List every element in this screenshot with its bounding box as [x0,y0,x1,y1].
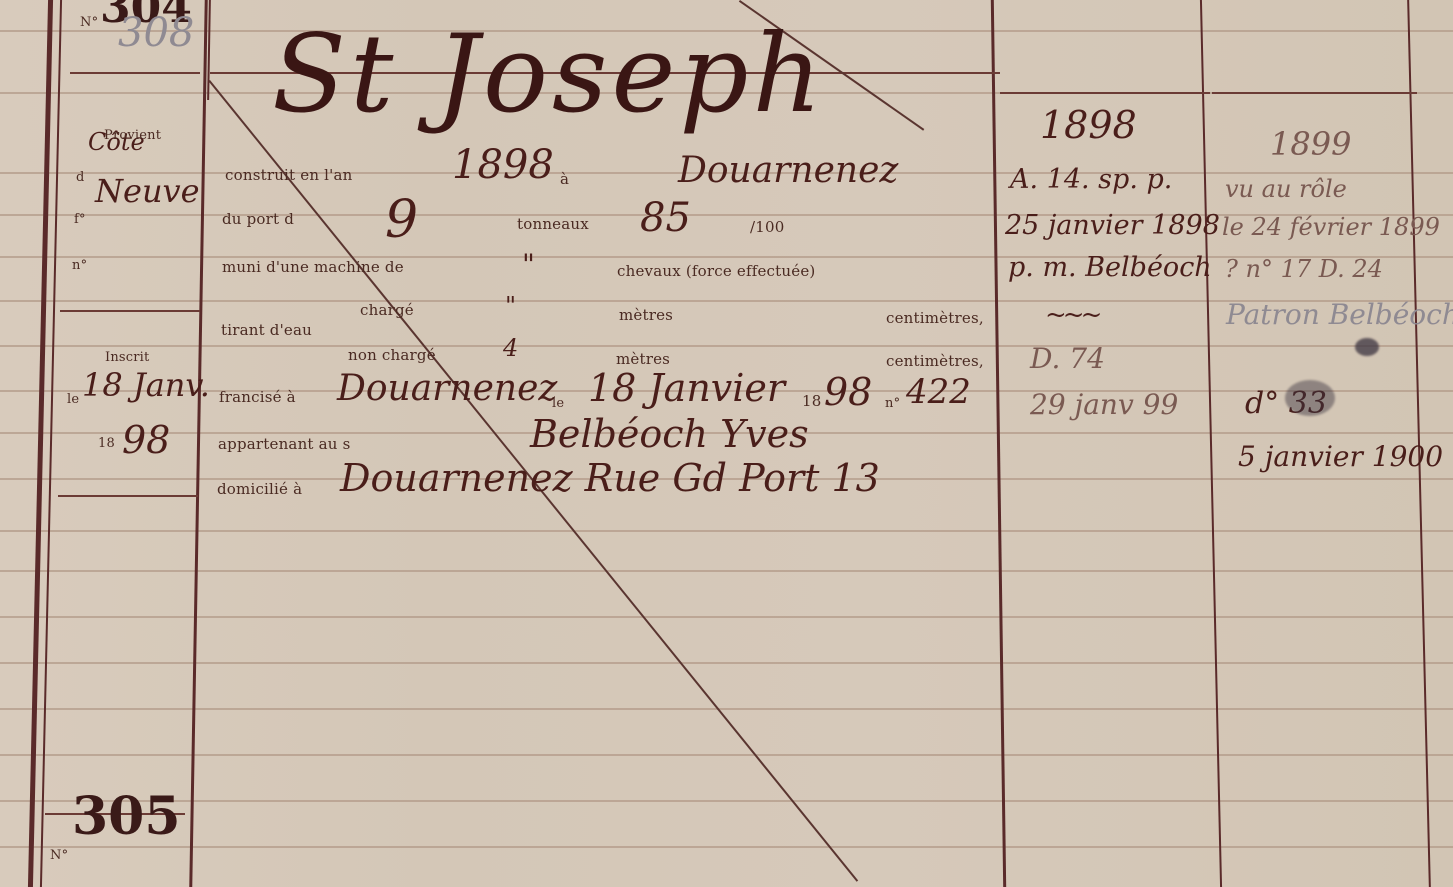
col4-line-5: Patron Belbéoch [1226,298,1453,331]
francise-place: Douarnenez [337,368,557,409]
ruled-line [0,708,1453,710]
entry-number-label-next: N° [50,848,68,863]
francise-no: 422 [906,372,971,412]
machine-value: " [522,248,535,281]
francise-date: 18 Janvier [588,366,785,410]
francise-no-label: n° [885,396,900,411]
section-bar [70,72,200,74]
col3-flourish: ~~~ [1045,300,1098,330]
tirant-label: tirant d'eau [221,321,312,339]
col3-line-7: 29 janv 99 [1030,388,1178,421]
port-value: 9 [385,190,418,250]
col3-line-2: A. 14. sp. p. [1010,164,1172,195]
construit-label: construit en l'an [225,166,352,184]
section-bar [1212,92,1417,94]
entry-number-next: 305 [72,786,181,847]
tonneaux-label: tonneaux [517,215,589,233]
ruled-line [0,616,1453,618]
francise-label: francisé à [219,388,296,406]
ruled-line [0,570,1453,572]
d-value: Neuve [95,172,200,210]
owner-name: Belbéoch Yves [530,412,809,456]
col3-line-3: 25 janvier 1898 [1005,210,1220,241]
register-page: N° 304 308 Côte Provient d Neuve f° n° I… [0,0,1453,887]
section-bar [58,495,198,497]
provient-label: Provient [104,128,161,143]
charge-label: chargé [360,301,414,319]
metres-label: mètres [619,306,673,324]
centimetres-label: centimètres, [886,309,984,327]
non-charge-value: 4 [503,334,518,362]
col4-line-1: 1899 [1270,125,1351,163]
inscrit-label: Inscrit [105,350,149,365]
section-bar [60,310,200,312]
col3-line-4: p. m. Belbéoch [1008,252,1212,283]
domicile-value: Douarnenez Rue Gd Port 13 [340,456,880,500]
inscrit-date: 18 Janv. [82,366,210,404]
non-charge-label: non chargé [348,346,436,364]
inscrit-le-label: le [67,392,79,407]
francise-year-prefix: 18 [802,392,822,410]
construit-year: 1898 [452,142,554,188]
f-label: f° [74,212,86,227]
n-label: n° [72,258,87,273]
col4-line-7: 5 janvier 1900 [1238,440,1443,473]
col4-line-3: le 24 février 1899 [1222,213,1440,241]
section-bar [1000,92,1210,94]
tonneaux-value: 85 [640,195,691,241]
chevaux-label: chevaux (force effectuée) [617,262,815,280]
pencil-note: 308 [118,10,194,56]
col4-line-4: ? n° 17 D. 24 [1225,255,1383,283]
ruled-line [0,800,1453,802]
col4-line-2: vu au rôle [1225,175,1347,203]
ruled-line [0,345,1453,347]
domicile-label: domicilié à [217,480,302,498]
vessel-name: St Joseph [272,12,826,137]
ink-smudge [1285,380,1335,416]
inscrit-year: 98 [122,418,170,462]
a-label: à [560,170,569,188]
col3-line-1: 1898 [1040,103,1137,147]
ruled-line [0,754,1453,756]
machine-label: muni d'une machine de [222,258,404,276]
francise-year: 98 [824,370,872,414]
col3-line-6: D. 74 [1030,342,1105,375]
ruled-line [0,662,1453,664]
francise-le-label: le [552,396,564,411]
appartenant-label: appartenant au s [218,435,351,453]
charge-value: " [505,292,516,320]
d-label: d [76,170,85,185]
ruled-line [0,846,1453,848]
column-border-inner [207,0,210,100]
inscrit-year-prefix: 18 [98,436,115,451]
port-label: du port d [222,210,294,228]
ink-blot [1355,338,1379,356]
centimetres-label-2: centimètres, [886,352,984,370]
tonneaux-fraction: /100 [750,218,784,236]
construit-place: Douarnenez [678,150,898,191]
ruled-line [0,530,1453,532]
entry-number-label: N° [80,15,98,30]
